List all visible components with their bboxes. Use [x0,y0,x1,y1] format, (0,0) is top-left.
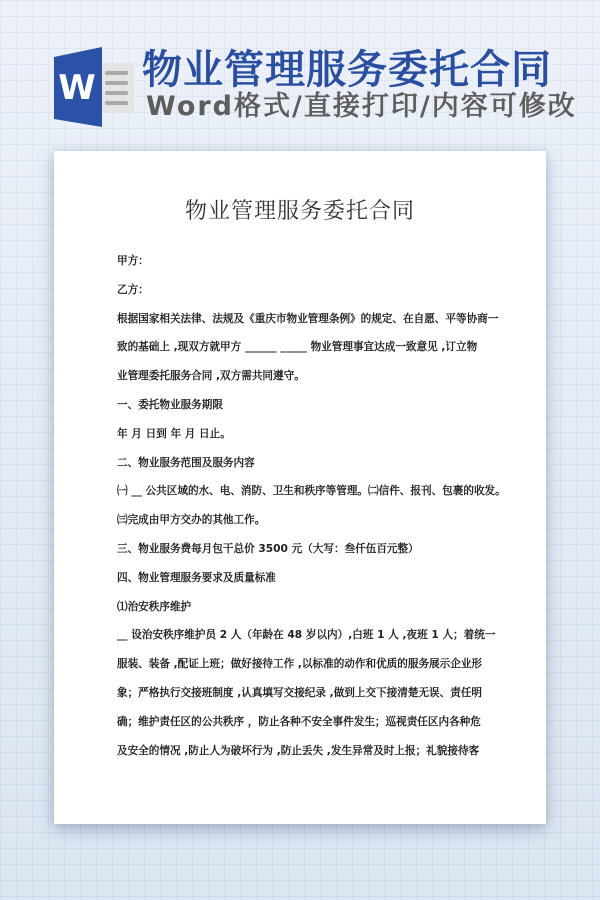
security-paragraph-line-3: 象；严格执行交接班制度 ,认真填写交接纪录 ,做到上交下接清楚无误、责任明 [117,679,495,708]
preamble-line-1: 根据国家相关法律、法规及《重庆市物业管理条例》的规定、在自愿、平等协商一 [117,305,495,334]
service-period: 年 月 日到 年 月 日止。 [117,420,495,449]
section-heading-2: 二、物业服务范围及服务内容 [117,449,495,478]
section-heading-4: 四、物业管理服务要求及质量标准 [117,564,495,593]
party-a-label: 甲方： [117,247,495,276]
party-b-label: 乙方： [117,276,495,305]
security-paragraph-line-5: 及安全的情况 ,防止人为破坏行为 ,防止丢失 ,发生异常及时上报；礼貌接待客 [117,737,495,766]
banner: W 物业管理服务委托合同 Word格式/直接打印/内容可修改 [0,0,600,140]
document-page: 物业管理服务委托合同 甲方： 乙方： 根据国家相关法律、法规及《重庆市物业管理条… [54,151,546,824]
section-heading-3: 三、物业服务费每月包干总价 3500 元（大写：叁仟伍百元整） [117,535,495,564]
preamble-line-2: 致的基础上 ,现双方就甲方 ______ _____ 物业管理事宜达成一致意见 … [117,333,495,362]
section-heading-1: 一、委托物业服务期限 [117,391,495,420]
word-icon: W [54,47,134,127]
service-scope-item-3: ㈢完成由甲方交办的其他工作。 [117,506,495,535]
preamble-line-3: 业管理委托服务合同 ,双方需共同遵守。 [117,362,495,391]
service-scope-item-1-2: ㈠ __ 公共区域的水、电、消防、卫生和秩序等管理。㈡信件、报刊、包裹的收发。 [117,477,495,506]
banner-title: 物业管理服务委托合同 [142,46,552,94]
svg-text:W: W [58,68,96,108]
subsection-heading-security: ⑴治安秩序维护 [117,593,495,622]
security-paragraph-line-1: __ 设治安秩序维护员 2 人（年龄在 48 岁以内）,白班 1 人 ,夜班 1… [117,621,495,650]
document-body: 甲方： 乙方： 根据国家相关法律、法规及《重庆市物业管理条例》的规定、在自愿、平… [117,247,495,765]
document-title: 物业管理服务委托合同 [54,197,546,227]
banner-subtitle: Word格式/直接打印/内容可修改 [146,90,577,124]
security-paragraph-line-2: 服装、装备 ,配证上班；做好接待工作 ,以标准的动作和优质的服务展示企业形 [117,650,495,679]
security-paragraph-line-4: 确；维护责任区的公共秩序 ，防止各种不安全事件发生；巡视责任区内各种危 [117,708,495,737]
